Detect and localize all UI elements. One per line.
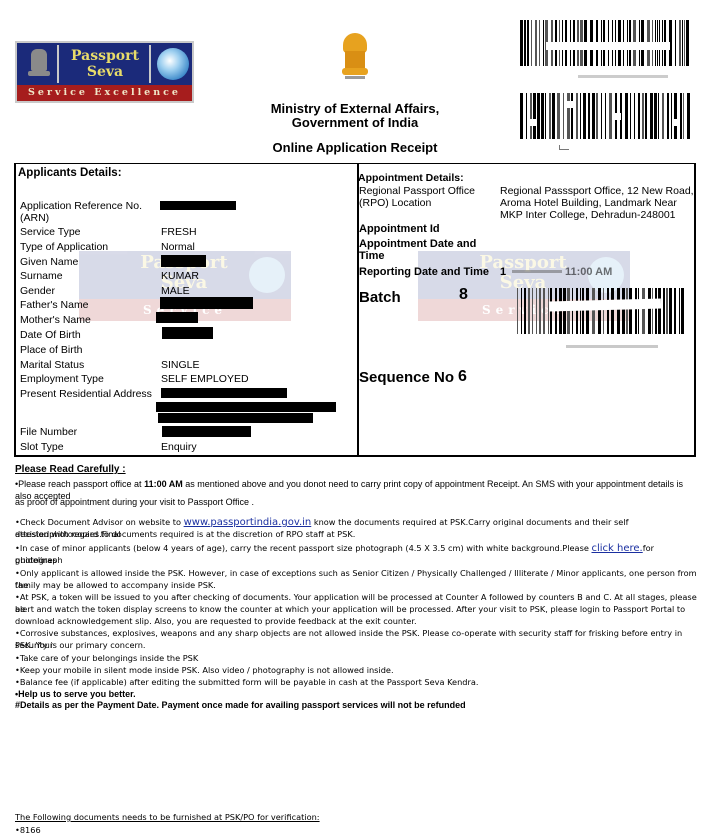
batch-value: 8: [459, 286, 468, 304]
address-redacted-line3: [158, 413, 313, 423]
mothers-name-redacted: [156, 312, 198, 323]
arn-value-redacted: [160, 201, 236, 210]
gender-value: MALE: [161, 285, 190, 297]
documents-heading: The Following documents needs to be furn…: [15, 812, 320, 822]
logo-title-line2: Seva: [61, 64, 149, 80]
field-label: File Number: [20, 426, 77, 438]
note-security: security is our primary concern.: [15, 640, 700, 652]
slot-type-value: Enquiry: [161, 441, 197, 453]
note-document-discretion: decision with regard to documents requir…: [15, 529, 700, 541]
rpo-label: Regional Passport Office(RPO) Location: [359, 185, 475, 209]
reporting-date-label: Reporting Date and Time: [359, 266, 489, 278]
appointment-barcode: [520, 93, 690, 139]
service-type-value: FRESH: [161, 226, 197, 238]
batch-label: Batch: [359, 289, 401, 306]
appointment-id-label: Appointment Id: [359, 223, 440, 235]
note-payment: #Details as per the Payment Date. Paymen…: [15, 700, 700, 712]
barcode-number-blurred: [566, 345, 658, 348]
sequence-value: 6: [458, 368, 467, 386]
note-guidelines: guidelines: [15, 555, 700, 567]
national-emblem-icon: [19, 45, 59, 83]
field-label: Date Of Birth: [20, 329, 81, 341]
appointment-date-label: Appointment Date andTime: [359, 238, 476, 262]
employment-type-value: SELF EMPLOYED: [161, 373, 249, 385]
logo-title-line1: Passport: [61, 48, 149, 64]
photo-guidelines-link[interactable]: click here.: [591, 543, 642, 554]
given-name-redacted: [161, 255, 206, 267]
field-label: Slot Type: [20, 441, 64, 453]
reporting-date-value: 1: [500, 266, 506, 278]
note-family: family may be allowed to accompany insid…: [15, 580, 700, 592]
field-label: Present Residential Address: [20, 388, 152, 400]
field-label: Gender: [20, 285, 55, 297]
field-label: Marital Status: [20, 359, 84, 371]
note-mobile: •Keep your mobile in silent mode inside …: [15, 665, 700, 677]
note-help: •Help us to serve you better.: [15, 689, 700, 701]
field-label: Father's Name: [20, 299, 89, 311]
marital-status-value: SINGLE: [161, 359, 200, 371]
rpo-location-value: Regional Passsport Office, 12 New Road, …: [500, 185, 694, 221]
reporting-date-blurred: [512, 270, 562, 273]
note-sms-proof: as proof of appointment during your visi…: [15, 497, 700, 509]
passport-seva-logo: PassportSeva Service Excellence: [15, 41, 194, 103]
appointment-details-heading: Appointment Details:: [358, 172, 464, 184]
note-token-l3: download acknowledgement slip. Also, you…: [15, 616, 700, 628]
logo-tagline: Service Excellence: [17, 85, 192, 101]
application-type-value: Normal: [161, 241, 195, 253]
applicants-details-heading: Applicants Details:: [18, 167, 122, 179]
field-label: Place of Birth: [20, 344, 82, 356]
sequence-label: Sequence No: [359, 369, 454, 386]
barcode-number-blurred: [578, 75, 668, 78]
fathers-name-redacted: [160, 297, 253, 309]
field-label: Surname: [20, 270, 63, 282]
field-label: Given Name: [20, 256, 78, 268]
reporting-time-value: 11:00 AM: [565, 266, 612, 278]
surname-value: KUMAR: [161, 270, 199, 282]
globe-icon: [157, 48, 189, 80]
page-title: Online Application Receipt: [250, 140, 460, 155]
field-label: Service Type: [20, 226, 81, 238]
arn-barcode: [520, 20, 690, 66]
please-read-heading: Please Read Carefully :: [15, 464, 126, 475]
arn-label: Application Reference No.(ARN): [20, 200, 142, 224]
note-balance-fee: •Balance fee (if applicable) after editi…: [15, 677, 700, 689]
address-redacted-line1: [161, 388, 287, 398]
address-redacted-line2: [156, 402, 336, 412]
document-item: •8166: [15, 825, 41, 835]
barcode-number: [572, 70, 576, 81]
barcode-caption-blurred: [559, 145, 569, 150]
passportindia-link[interactable]: www.passportindia.gov.in: [184, 517, 312, 528]
field-label: Mother's Name: [20, 314, 91, 326]
note-belongings: •Take care of your belongings inside the…: [15, 653, 700, 665]
field-label: Employment Type: [20, 373, 104, 385]
ministry-heading: Ministry of External Affairs, Government…: [250, 102, 460, 130]
dob-redacted: [162, 327, 213, 339]
field-label: Type of Application: [20, 241, 108, 253]
ashoka-emblem-icon: [339, 33, 371, 81]
file-number-redacted: [162, 426, 251, 437]
batch-barcode: [517, 288, 687, 334]
note-token-l2: alert and watch the token display screen…: [15, 604, 700, 616]
